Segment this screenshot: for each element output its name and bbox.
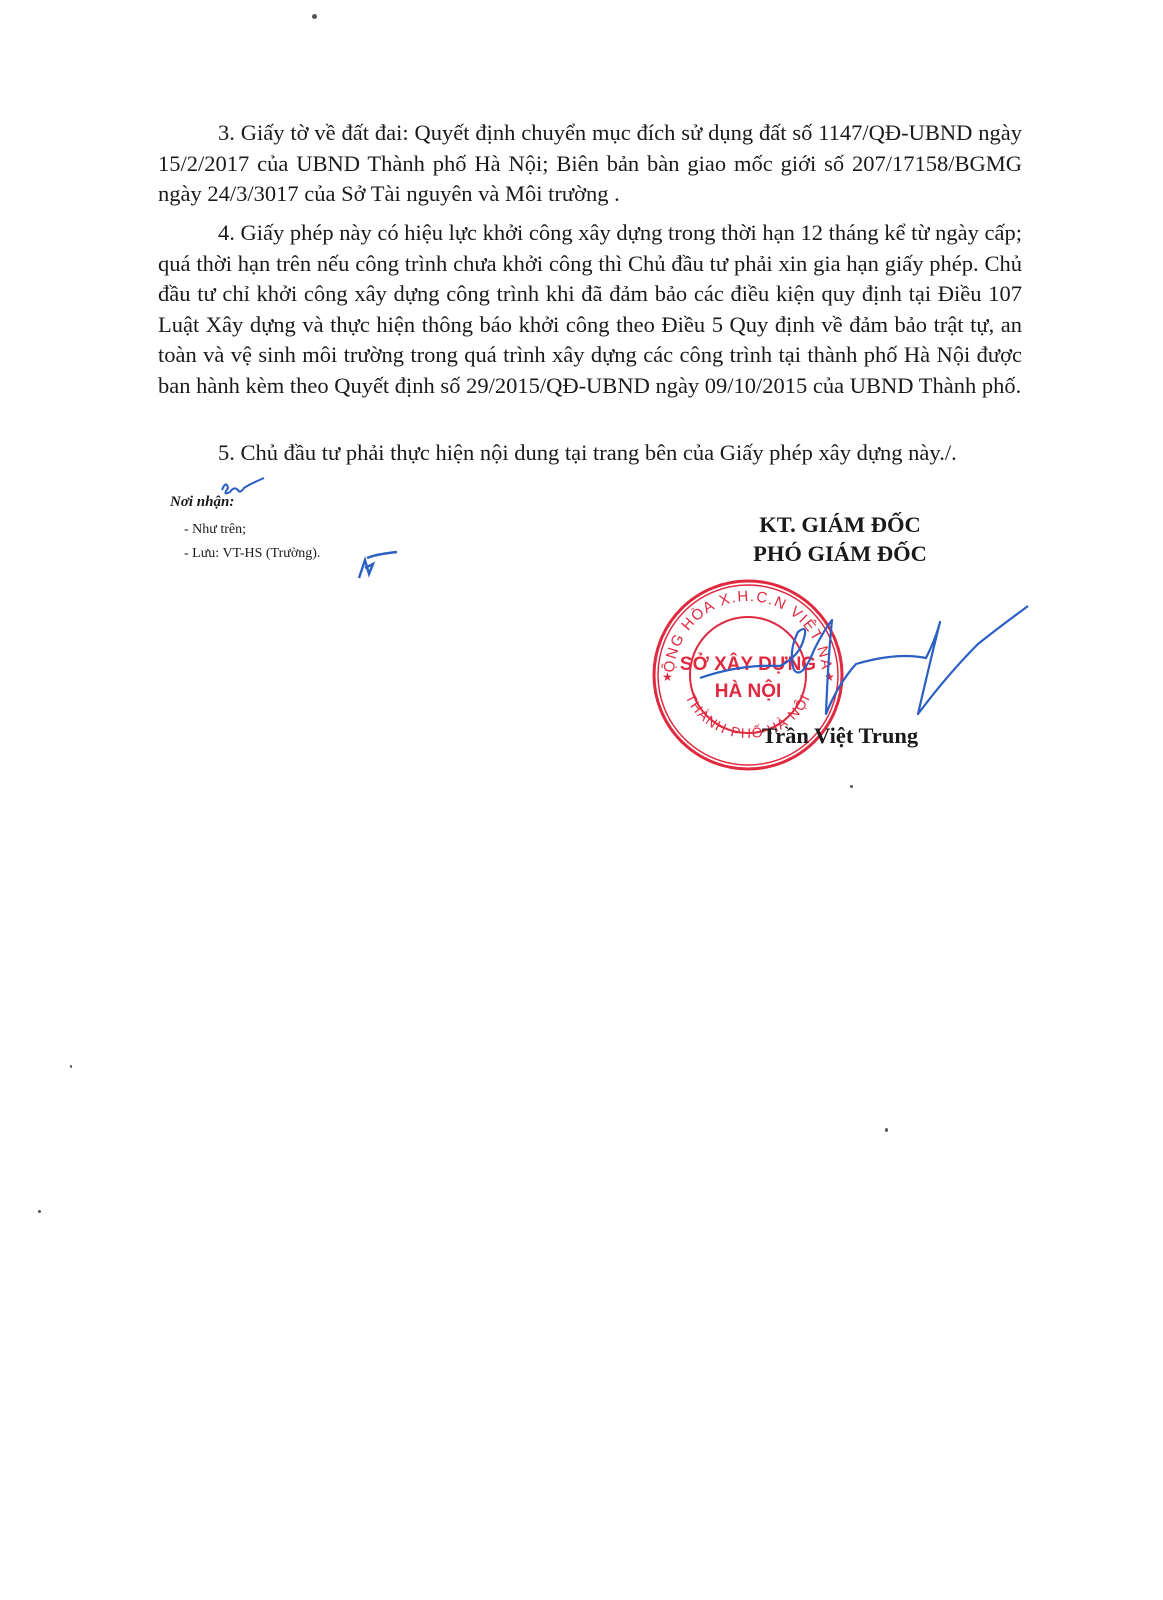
- scan-speck: [70, 1065, 72, 1068]
- handwritten-signature-icon: [640, 580, 1100, 740]
- paragraph-permit-validity: 4. Giấy phép này có hiệu lực khởi công x…: [158, 218, 1022, 401]
- scan-speck: [885, 1128, 888, 1132]
- scan-speck: [312, 14, 317, 19]
- paragraph-text: 4. Giấy phép này có hiệu lực khởi công x…: [158, 220, 1022, 398]
- initial-mark-icon: [355, 550, 400, 582]
- paragraph-land-documents: 3. Giấy tờ về đất đai: Quyết định chuyển…: [158, 118, 1022, 210]
- paragraph-text: 5. Chủ đầu tư phải thực hiện nội dung tạ…: [218, 440, 957, 465]
- signer-name: Trần Việt Trung: [650, 723, 1030, 749]
- recipients-title: Nơi nhận:: [170, 494, 234, 511]
- recipient-item: - Như trên;: [184, 522, 246, 538]
- paragraph-text: 3. Giấy tờ về đất đai: Quyết định chuyển…: [158, 120, 1022, 206]
- scan-speck: [38, 1210, 41, 1213]
- signature-title-line1: KT. GIÁM ĐỐC: [650, 512, 1030, 538]
- signature-title-line2: PHÓ GIÁM ĐỐC: [650, 541, 1030, 567]
- paragraph-investor-obligation: 5. Chủ đầu tư phải thực hiện nội dung tạ…: [158, 438, 1022, 469]
- recipient-item: - Lưu: VT-HS (Trường).: [184, 546, 320, 562]
- scan-speck: [850, 785, 853, 788]
